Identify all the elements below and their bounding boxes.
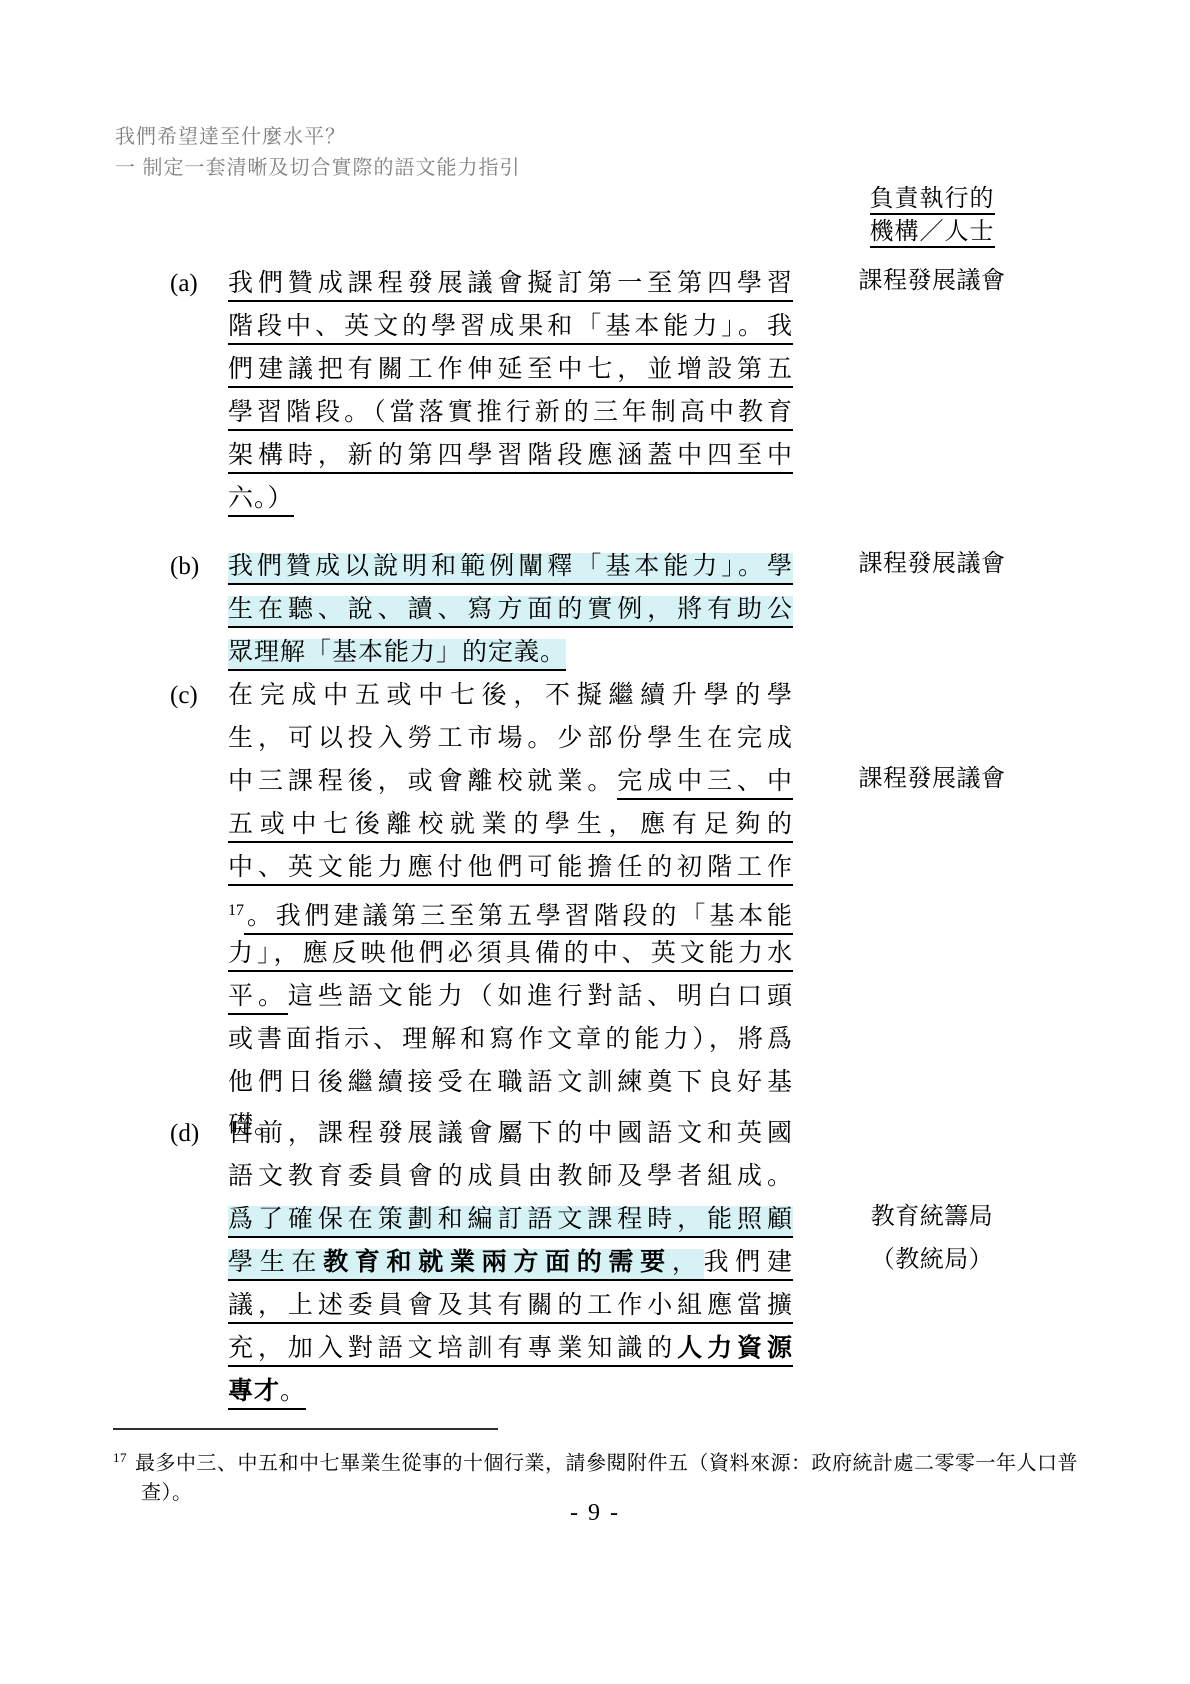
item-body: 在完成中五或中七後，不擬繼續升學的學生，可以投入勞工市場。少部份學生在完成中三課… bbox=[228, 674, 793, 1147]
text-segment: 六。） bbox=[228, 485, 294, 517]
text-line: 學習階段。（當落實推行新的三年制高中教育 bbox=[228, 391, 793, 434]
text-segment: 我們贊成以說明和範例闡釋「基本能力」。學 bbox=[228, 553, 793, 585]
item-label: (d) bbox=[170, 1112, 199, 1155]
text-segment: 。 bbox=[280, 1378, 306, 1410]
responsible-entity: 課程發展議會 bbox=[857, 760, 1007, 798]
items-region: (a)我們贊成課程發展議會擬訂第一至第四學習階段中、英文的學習成果和「基本能力」… bbox=[0, 0, 1190, 1684]
text-segment: 生，可以投入勞工市場。少部份學生在完成 bbox=[228, 725, 793, 752]
text-line: 17。我們建議第三至第五學習階段的「基本能 bbox=[228, 889, 793, 932]
item-body: 我們贊成課程發展議會擬訂第一至第四學習階段中、英文的學習成果和「基本能力」。我們… bbox=[228, 262, 793, 520]
text-line: 他們日後繼續接受在職語文訓練奠下良好基 bbox=[228, 1061, 793, 1104]
item-body: 目前，課程發展議會屬下的中國語文和英國語文教育委員會的成員由教師及學者組成。爲了… bbox=[228, 1112, 793, 1413]
footnote-text-line1: 最多中三、中五和中七畢業生從事的十個行業，請參閱附件五（資料來源：政府統計處二零… bbox=[135, 1453, 1078, 1475]
text-line: 六。） bbox=[228, 477, 793, 520]
text-segment: 。我們建議第三至第五學習階段的「基本能 bbox=[244, 903, 793, 935]
text-segment: 議，上述委員會及其有關的工作小組應當擴 bbox=[228, 1292, 793, 1324]
footnote-line1: 17最多中三、中五和中七畢業生從事的十個行業，請參閱附件五（資料來源：政府統計處… bbox=[113, 1443, 1103, 1479]
text-segment: 們建議把有關工作伸延至中七，並增設第五 bbox=[228, 356, 793, 388]
text-line: 目前，課程發展議會屬下的中國語文和英國 bbox=[228, 1112, 793, 1155]
responsible-entity: 課程發展議會 bbox=[857, 545, 1007, 583]
text-segment: 學習階段。（當落實推行新的三年制高中教育 bbox=[228, 399, 793, 431]
text-line: 我們贊成以說明和範例闡釋「基本能力」。學 bbox=[228, 545, 793, 588]
page-number: - 9 - bbox=[0, 1500, 1190, 1527]
text-line: 在完成中五或中七後，不擬繼續升學的學 bbox=[228, 674, 793, 717]
text-line: 專才。 bbox=[228, 1370, 793, 1413]
text-line: 我們贊成課程發展議會擬訂第一至第四學習 bbox=[228, 262, 793, 305]
text-segment: 語文教育委員會的成員由教師及學者組成。 bbox=[228, 1163, 793, 1190]
text-line: 平。這些語文能力（如進行對話、明白口頭 bbox=[228, 975, 793, 1018]
text-segment: 我們建 bbox=[704, 1249, 793, 1281]
document-page: 我們希望達至什麼水平？ 一 制定一套清晰及切合實際的語文能力指引 負責執行的 機… bbox=[0, 0, 1190, 1684]
responsible-entity: 教育統籌局 bbox=[857, 1198, 1007, 1236]
text-segment: 充，加入對語文培訓有專業知識的 bbox=[228, 1335, 677, 1367]
text-segment: 他們日後繼續接受在職語文訓練奠下良好基 bbox=[228, 1069, 793, 1096]
text-line: 或書面指示、理解和寫作文章的能力），將爲 bbox=[228, 1018, 793, 1061]
text-line: 議，上述委員會及其有關的工作小組應當擴 bbox=[228, 1284, 793, 1327]
text-segment: 我們贊成課程發展議會擬訂第一至第四學習 bbox=[228, 270, 793, 302]
text-segment: 中三課程後，或會離校就業。 bbox=[228, 768, 617, 795]
text-line: 架構時，新的第四學習階段應涵蓋中四至中 bbox=[228, 434, 793, 477]
text-line: 五或中七後離校就業的學生，應有足夠的 bbox=[228, 803, 793, 846]
text-line: 爲了確保在策劃和編訂語文課程時，能照顧 bbox=[228, 1198, 793, 1241]
text-line: 學生在教育和就業兩方面的需要，我們建 bbox=[228, 1241, 793, 1284]
text-segment: 階段中、英文的學習成果和「基本能力」。我 bbox=[228, 313, 793, 345]
text-segment: 學生在 bbox=[228, 1249, 323, 1281]
footnote-marker: 17 bbox=[113, 1450, 127, 1465]
footnote: 17最多中三、中五和中七畢業生從事的十個行業，請參閱附件五（資料來源：政府統計處… bbox=[113, 1443, 1103, 1508]
responsible-entity: 課程發展議會 bbox=[857, 262, 1007, 300]
item-label: (a) bbox=[170, 262, 198, 305]
text-line: 階段中、英文的學習成果和「基本能力」。我 bbox=[228, 305, 793, 348]
text-segment: ， bbox=[672, 1249, 704, 1281]
text-segment: 完成中三、中 bbox=[617, 768, 793, 800]
text-segment: 眾理解「基本能力」的定義。 bbox=[228, 639, 566, 671]
text-segment: 力」，應反映他們必須具備的中、英文能力水 bbox=[228, 940, 793, 972]
text-segment: 在完成中五或中七後，不擬繼續升學的學 bbox=[228, 682, 793, 709]
responsible-entity: （教統局） bbox=[857, 1241, 1007, 1279]
text-line: 們建議把有關工作伸延至中七，並增設第五 bbox=[228, 348, 793, 391]
text-line: 充，加入對語文培訓有專業知識的人力資源 bbox=[228, 1327, 793, 1370]
text-segment: 目前，課程發展議會屬下的中國語文和英國 bbox=[228, 1120, 793, 1147]
item-body: 我們贊成以說明和範例闡釋「基本能力」。學生在聽、說、讀、寫方面的實例，將有助公眾… bbox=[228, 545, 793, 674]
text-segment: 中、英文能力應付他們可能擔任的初階工作 bbox=[228, 854, 793, 886]
text-line: 生，可以投入勞工市場。少部份學生在完成 bbox=[228, 717, 793, 760]
footnote-reference: 17 bbox=[228, 902, 244, 919]
text-line: 中、英文能力應付他們可能擔任的初階工作 bbox=[228, 846, 793, 889]
text-line: 力」，應反映他們必須具備的中、英文能力水 bbox=[228, 932, 793, 975]
item-label: (b) bbox=[170, 545, 199, 588]
text-segment: 爲了確保在策劃和編訂語文課程時，能照顧 bbox=[228, 1206, 793, 1238]
text-segment: 人力資源 bbox=[677, 1335, 793, 1367]
text-segment: 教育和就業兩方面的需要 bbox=[323, 1249, 672, 1281]
text-segment: 這些語文能力（如進行對話、明白口頭 bbox=[288, 983, 793, 1010]
footnote-separator bbox=[113, 1428, 498, 1430]
text-segment: 平。 bbox=[228, 983, 288, 1015]
text-segment: 五或中七後離校就業的學生，應有足夠的 bbox=[228, 811, 793, 843]
text-segment: 或書面指示、理解和寫作文章的能力），將爲 bbox=[228, 1026, 793, 1053]
text-segment: 專才 bbox=[228, 1378, 280, 1410]
text-segment: 生在聽、說、讀、寫方面的實例，將有助公 bbox=[228, 596, 793, 628]
text-line: 中三課程後，或會離校就業。完成中三、中 bbox=[228, 760, 793, 803]
text-line: 語文教育委員會的成員由教師及學者組成。 bbox=[228, 1155, 793, 1198]
text-line: 眾理解「基本能力」的定義。 bbox=[228, 631, 793, 674]
item-label: (c) bbox=[170, 674, 198, 717]
text-segment: 架構時，新的第四學習階段應涵蓋中四至中 bbox=[228, 442, 793, 474]
text-line: 生在聽、說、讀、寫方面的實例，將有助公 bbox=[228, 588, 793, 631]
